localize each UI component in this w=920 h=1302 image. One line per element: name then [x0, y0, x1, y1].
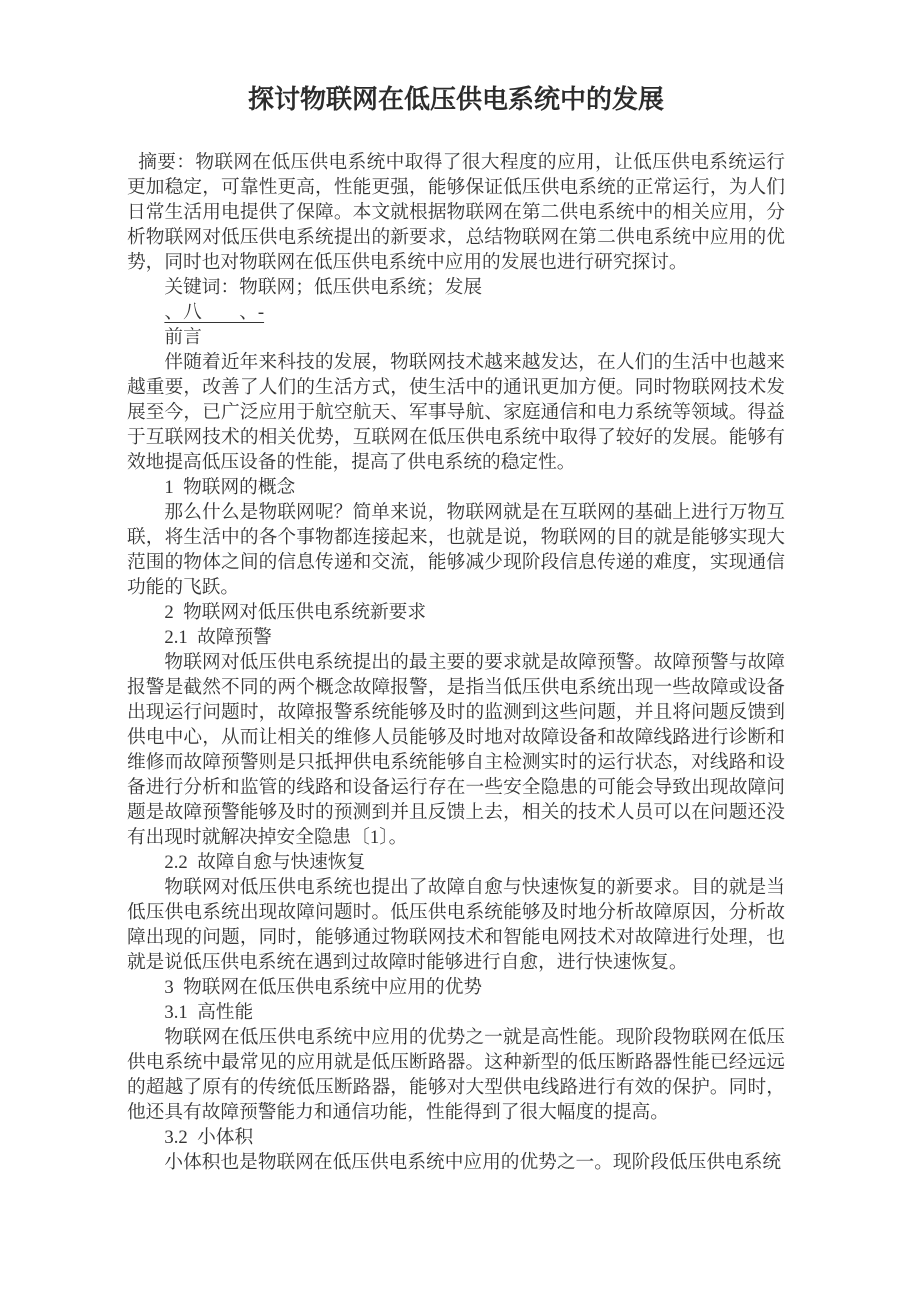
abstract-paragraph: 摘要：物联网在低压供电系统中取得了很大程度的应用，让低压供电系统运行更加稳定，可… — [127, 150, 785, 275]
section-2-2-paragraph: 物联网对低压供电系统也提出了故障自愈与快速恢复的新要求。目的就是当低压供电系统出… — [127, 875, 785, 975]
preface-heading: 前言 — [127, 325, 785, 350]
section-3-1-paragraph: 物联网在低压供电系统中应用的优势之一就是高性能。现阶段物联网在低压供电系统中最常… — [127, 1025, 785, 1125]
section-3-2-paragraph: 小体积也是物联网在低压供电系统中应用的优势之一。现阶段低压供电系统 — [127, 1150, 785, 1175]
section-2-heading: 2 物联网对低压供电系统新要求 — [127, 600, 785, 625]
preface-paragraph: 伴随着近年来科技的发展，物联网技术越来越发达，在人们的生活中也越来越重要，改善了… — [127, 350, 785, 475]
ocr-artifact-line: 、八 、- — [127, 300, 785, 325]
document-page: 探讨物联网在低压供电系统中的发展 摘要：物联网在低压供电系统中取得了很大程度的应… — [0, 0, 920, 1302]
section-3-1-heading: 3.1 高性能 — [127, 1000, 785, 1025]
section-1-heading: 1 物联网的概念 — [127, 475, 785, 500]
section-2-1-heading: 2.1 故障预警 — [127, 625, 785, 650]
section-3-heading: 3 物联网在低压供电系统中应用的优势 — [127, 975, 785, 1000]
ocr-artifact-text: 、八 、- — [164, 302, 264, 323]
section-2-1-paragraph: 物联网对低压供电系统提出的最主要的要求就是故障预警。故障预警与故障报警是截然不同… — [127, 650, 785, 850]
section-3-2-heading: 3.2 小体积 — [127, 1125, 785, 1150]
keywords-line: 关键词：物联网；低压供电系统；发展 — [127, 275, 785, 300]
document-title: 探讨物联网在低压供电系统中的发展 — [127, 84, 785, 116]
section-2-2-heading: 2.2 故障自愈与快速恢复 — [127, 850, 785, 875]
section-1-paragraph: 那么什么是物联网呢？简单来说，物联网就是在互联网的基础上进行万物互联，将生活中的… — [127, 500, 785, 600]
